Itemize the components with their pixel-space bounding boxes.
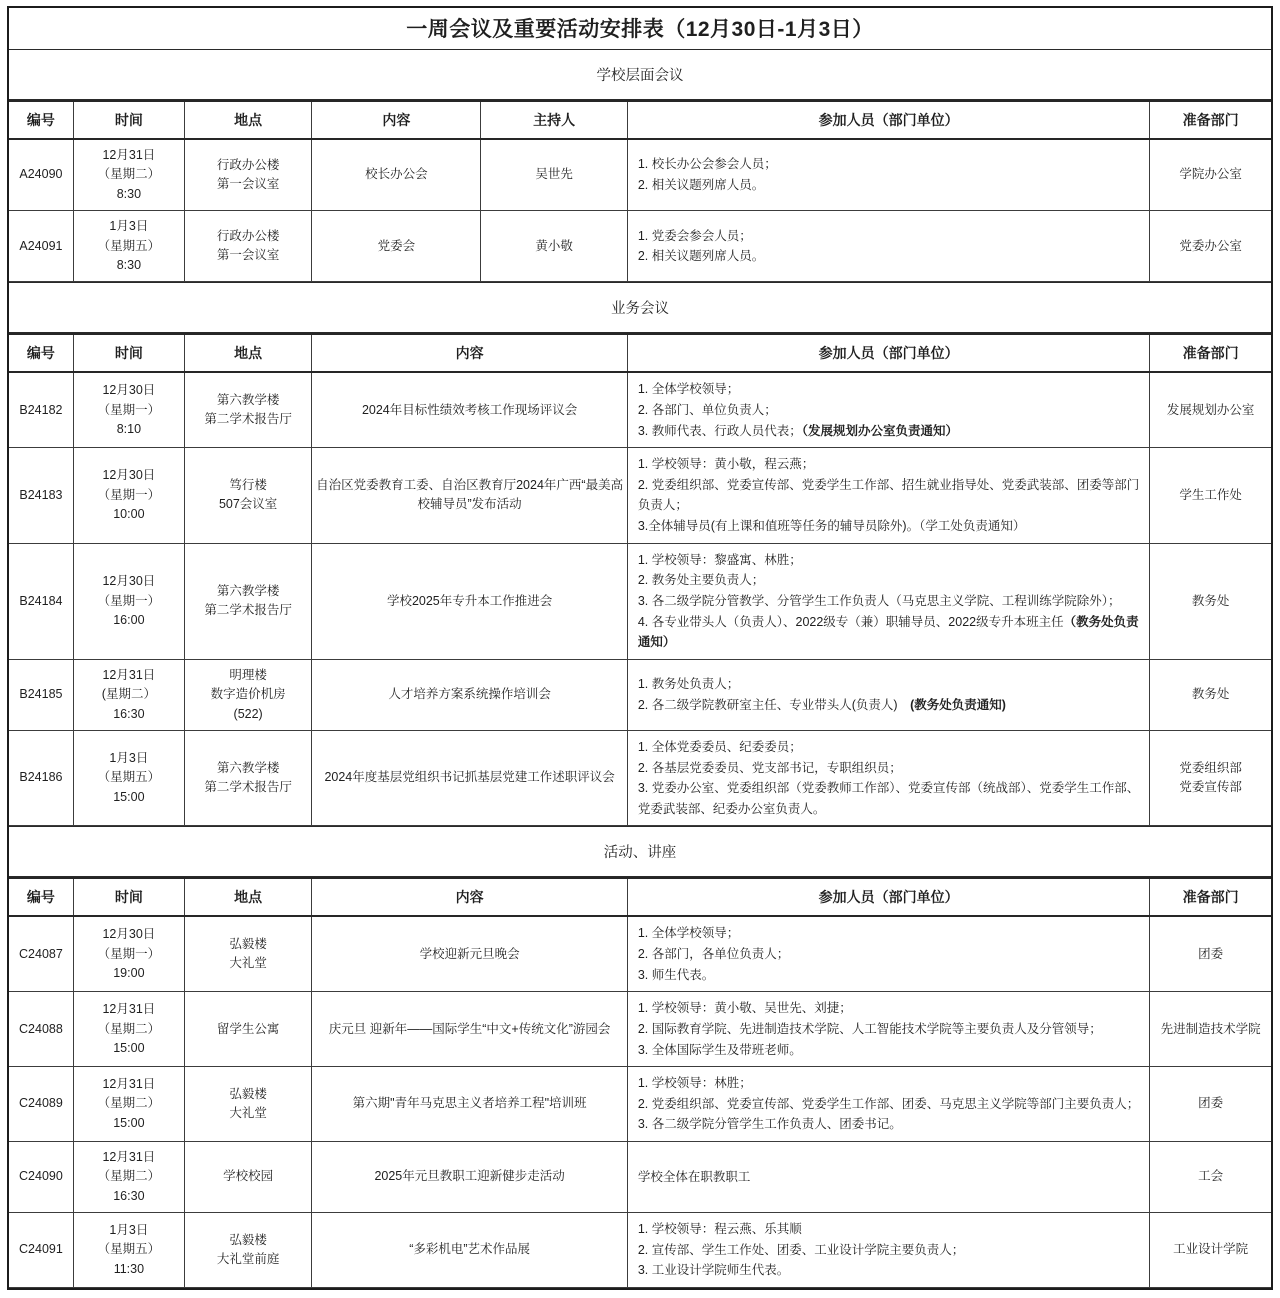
place-cell: 行政办公楼 第一会议室 — [184, 211, 311, 282]
participant-text: 3.全体辅导员(有上课和值班等任务的辅导员除外)。（学工处负责通知） — [638, 519, 1026, 533]
time-cell: 1月3日 （星期五） 11:30 — [73, 1213, 184, 1288]
schedule-table: 编号时间地点内容主持人参加人员（部门单位）准备部门A2409012月31日 （星… — [9, 100, 1271, 282]
prep-department-cell: 党委办公室 — [1150, 211, 1271, 282]
place-cell: 笃行楼 507会议室 — [184, 448, 311, 544]
content-cell: 庆元旦 迎新年——国际学生“中文+传统文化”游园会 — [312, 992, 627, 1067]
column-header-place: 地点 — [184, 101, 311, 139]
table-row: B241861月3日 （星期五） 15:00第六教学楼 第二学术报告厅2024年… — [9, 730, 1271, 826]
participants-cell: 1. 学校领导：林胜；2. 党委组织部、党委宣传部、党委学生工作部、团委、马克思… — [627, 1067, 1149, 1142]
content-cell: 第六期"青年马克思主义者培养工程"培训班 — [312, 1067, 627, 1142]
column-header-row: 编号时间地点内容主持人参加人员（部门单位）准备部门 — [9, 101, 1271, 139]
row-id-cell: B24182 — [9, 372, 73, 447]
sections-container: 学校层面会议编号时间地点内容主持人参加人员（部门单位）准备部门A2409012月… — [9, 50, 1271, 1288]
table-body: B2418212月30日 （星期一） 8:10第六教学楼 第二学术报告厅2024… — [9, 372, 1271, 826]
participant-line: 2. 各基层党委委员、党支部书记，专职组织员； — [638, 758, 1139, 779]
participant-line: 1. 学校领导：黄小敬，程云燕； — [638, 454, 1139, 475]
section-title: 业务会议 — [9, 283, 1271, 333]
content-cell: 人才培养方案系统操作培训会 — [312, 659, 627, 730]
participant-line: 2. 相关议题列席人员。 — [638, 246, 1139, 267]
participants-cell: 1. 学校领导：黄小敬、吴世先、刘捷；2. 国际教育学院、先进制造技术学院、人工… — [627, 992, 1149, 1067]
participant-line: 2. 国际教育学院、先进制造技术学院、人工智能技术学院等主要负责人及分管领导； — [638, 1019, 1139, 1040]
prep-department-cell: 工业设计学院 — [1150, 1213, 1271, 1288]
row-id-cell: B24186 — [9, 730, 73, 826]
participant-text: 1. 学校领导：黄小敬，程云燕； — [638, 457, 814, 471]
participant-text: 2. 相关议题列席人员。 — [638, 178, 764, 192]
time-cell: 12月30日 （星期一） 19:00 — [73, 916, 184, 991]
participant-text: 3. 工业设计学院师生代表。 — [638, 1263, 789, 1277]
prep-department-cell: 学院办公室 — [1150, 139, 1271, 211]
participant-line: 2. 宣传部、学生工作处、团委、工业设计学院主要负责人； — [638, 1240, 1139, 1261]
prep-department-cell: 教务处 — [1150, 659, 1271, 730]
table-row: C2408812月31日 （星期二） 15:00留学生公寓庆元旦 迎新年——国际… — [9, 992, 1271, 1067]
time-cell: 1月3日 （星期五） 15:00 — [73, 730, 184, 826]
content-cell: 学校迎新元旦晚会 — [312, 916, 627, 991]
column-header-row: 编号时间地点内容参加人员（部门单位）准备部门 — [9, 334, 1271, 372]
prep-department-cell: 团委 — [1150, 916, 1271, 991]
column-header-participants: 参加人员（部门单位） — [627, 878, 1149, 916]
section-title: 学校层面会议 — [9, 50, 1271, 100]
column-header-host: 主持人 — [481, 101, 627, 139]
time-cell: 12月30日 （星期一） 10:00 — [73, 448, 184, 544]
content-cell: 校长办公会 — [312, 139, 481, 211]
section-3: 活动、讲座编号时间地点内容参加人员（部门单位）准备部门C2408712月30日 … — [9, 827, 1271, 1288]
time-cell: 12月31日 （星期二） 16:30 — [73, 1142, 184, 1213]
row-id-cell: C24090 — [9, 1142, 73, 1213]
table-body: A2409012月31日 （星期二） 8:30行政办公楼 第一会议室校长办公会吴… — [9, 139, 1271, 282]
participant-text: 1. 校长办公会参会人员； — [638, 157, 777, 171]
content-cell: 学校2025年专升本工作推进会 — [312, 543, 627, 659]
time-cell: 12月31日 （星期二） 15:00 — [73, 1067, 184, 1142]
participant-text: 1. 学校领导：程云燕、乐其顺 — [638, 1222, 802, 1236]
table-body: C2408712月30日 （星期一） 19:00弘毅楼 大礼堂学校迎新元旦晚会1… — [9, 916, 1271, 1287]
participant-text: 3. 教师代表、行政人员代表； — [638, 424, 802, 438]
participant-line: 1. 学校领导：黄小敬、吴世先、刘捷； — [638, 998, 1139, 1019]
participants-cell: 学校全体在职教职工 — [627, 1142, 1149, 1213]
page-title: 一周会议及重要活动安排表（12月30日-1月3日） — [9, 8, 1271, 50]
participants-cell: 1. 校长办公会参会人员；2. 相关议题列席人员。 — [627, 139, 1149, 211]
content-cell: 2025年元旦教职工迎新健步走活动 — [312, 1142, 627, 1213]
participant-line: 1. 全体学校领导； — [638, 379, 1139, 400]
row-id-cell: C24087 — [9, 916, 73, 991]
table-row: B2418212月30日 （星期一） 8:10第六教学楼 第二学术报告厅2024… — [9, 372, 1271, 447]
column-header-time: 时间 — [73, 878, 184, 916]
participant-text: 1. 学校领导：林胜； — [638, 1076, 752, 1090]
column-header-id: 编号 — [9, 878, 73, 916]
column-header-participants: 参加人员（部门单位） — [627, 101, 1149, 139]
prep-department-cell: 团委 — [1150, 1067, 1271, 1142]
notice-bold-text: （发展规划办公室负责通知） — [802, 424, 958, 438]
content-cell: 自治区党委教育工委、自治区教育厅2024年广西“最美高校辅导员”发布活动 — [312, 448, 627, 544]
row-id-cell: B24183 — [9, 448, 73, 544]
column-header-time: 时间 — [73, 334, 184, 372]
participants-cell: 1. 全体党委委员、纪委委员；2. 各基层党委委员、党支部书记，专职组织员；3.… — [627, 730, 1149, 826]
place-cell: 学校校园 — [184, 1142, 311, 1213]
place-cell: 第六教学楼 第二学术报告厅 — [184, 372, 311, 447]
participant-text: 2. 教务处主要负责人； — [638, 573, 764, 587]
table-row: B2418312月30日 （星期一） 10:00笃行楼 507会议室自治区党委教… — [9, 448, 1271, 544]
participant-line: 学校全体在职教职工 — [638, 1167, 1139, 1188]
place-cell: 弘毅楼 大礼堂前庭 — [184, 1213, 311, 1288]
place-cell: 留学生公寓 — [184, 992, 311, 1067]
place-cell: 行政办公楼 第一会议室 — [184, 139, 311, 211]
column-header-prep: 准备部门 — [1150, 334, 1271, 372]
schedule-table: 编号时间地点内容参加人员（部门单位）准备部门B2418212月30日 （星期一）… — [9, 333, 1271, 826]
host-cell: 吴世先 — [481, 139, 627, 211]
column-header-participants: 参加人员（部门单位） — [627, 334, 1149, 372]
participant-line: 1. 学校领导：林胜； — [638, 1073, 1139, 1094]
column-header-place: 地点 — [184, 334, 311, 372]
column-header-prep: 准备部门 — [1150, 101, 1271, 139]
column-header-row: 编号时间地点内容参加人员（部门单位）准备部门 — [9, 878, 1271, 916]
column-header-id: 编号 — [9, 334, 73, 372]
column-header-content: 内容 — [312, 101, 481, 139]
participant-text: 3. 全体国际学生及带班老师。 — [638, 1043, 802, 1057]
participant-text: 2. 国际教育学院、先进制造技术学院、人工智能技术学院等主要负责人及分管领导； — [638, 1022, 1102, 1036]
participants-cell: 1. 学校领导：黎盛寓、林胜；2. 教务处主要负责人；3. 各二级学院分管教学、… — [627, 543, 1149, 659]
participant-text: 1. 学校领导：黎盛寓、林胜； — [638, 553, 802, 567]
participant-text: 2. 各部门、单位负责人； — [638, 403, 777, 417]
participant-text: 3. 师生代表。 — [638, 968, 714, 982]
participant-line: 4. 各专业带头人（负责人）、2022级专（兼）职辅导员、2022级专升本班主任… — [638, 612, 1139, 653]
participant-line: 3. 全体国际学生及带班老师。 — [638, 1040, 1139, 1061]
content-cell: “多彩机电”艺术作品展 — [312, 1213, 627, 1288]
participant-text: 3. 党委办公室、党委组织部（党委教师工作部）、党委宣传部（统战部）、党委学生工… — [638, 781, 1139, 816]
participants-cell: 1. 教务处负责人；2. 各二级学院教研室主任、专业带头人(负责人) (教务处负… — [627, 659, 1149, 730]
participant-line: 3. 教师代表、行政人员代表；（发展规划办公室负责通知） — [638, 421, 1139, 442]
participant-text: 2. 相关议题列席人员。 — [638, 249, 764, 263]
participant-text: 学校全体在职教职工 — [638, 1170, 751, 1184]
participant-line: 3. 各二级学院分管学生工作负责人、团委书记。 — [638, 1114, 1139, 1135]
place-cell: 第六教学楼 第二学术报告厅 — [184, 543, 311, 659]
table-row: C2408712月30日 （星期一） 19:00弘毅楼 大礼堂学校迎新元旦晚会1… — [9, 916, 1271, 991]
row-id-cell: B24185 — [9, 659, 73, 730]
schedule-sheet: 一周会议及重要活动安排表（12月30日-1月3日） 学校层面会议编号时间地点内容… — [7, 6, 1273, 1290]
time-cell: 12月31日 （星期二） 15:00 — [73, 992, 184, 1067]
participant-text: 1. 全体学校领导； — [638, 926, 739, 940]
table-row: C2409012月31日 （星期二） 16:30学校校园2025年元旦教职工迎新… — [9, 1142, 1271, 1213]
participant-text: 2. 各二级学院教研室主任、专业带头人(负责人) — [638, 698, 910, 712]
content-cell: 党委会 — [312, 211, 481, 282]
participant-line: 2. 各二级学院教研室主任、专业带头人(负责人) (教务处负责通知) — [638, 695, 1139, 716]
participant-line: 1. 学校领导：程云燕、乐其顺 — [638, 1219, 1139, 1240]
participant-text: 2. 党委组织部、党委宣传部、党委学生工作部、招生就业指导处、党委武装部、团委等… — [638, 478, 1139, 513]
participant-line: 1. 全体学校领导； — [638, 923, 1139, 944]
table-row: A240911月3日 （星期五） 8:30行政办公楼 第一会议室党委会黄小敬1.… — [9, 211, 1271, 282]
host-cell: 黄小敬 — [481, 211, 627, 282]
place-cell: 第六教学楼 第二学术报告厅 — [184, 730, 311, 826]
notice-bold-text: (教务处负责通知) — [910, 698, 1006, 712]
section-2: 业务会议编号时间地点内容参加人员（部门单位）准备部门B2418212月30日 （… — [9, 283, 1271, 827]
participant-line: 1. 学校领导：黎盛寓、林胜； — [638, 550, 1139, 571]
prep-department-cell: 学生工作处 — [1150, 448, 1271, 544]
row-id-cell: A24090 — [9, 139, 73, 211]
participant-line: 1. 全体党委委员、纪委委员； — [638, 737, 1139, 758]
prep-department-cell: 工会 — [1150, 1142, 1271, 1213]
time-cell: 12月30日 （星期一） 8:10 — [73, 372, 184, 447]
time-cell: 1月3日 （星期五） 8:30 — [73, 211, 184, 282]
participant-text: 2. 党委组织部、党委宣传部、党委学生工作部、团委、马克思主义学院等部门主要负责… — [638, 1097, 1139, 1111]
column-header-time: 时间 — [73, 101, 184, 139]
row-id-cell: A24091 — [9, 211, 73, 282]
table-row: A2409012月31日 （星期二） 8:30行政办公楼 第一会议室校长办公会吴… — [9, 139, 1271, 211]
participant-line: 3.全体辅导员(有上课和值班等任务的辅导员除外)。（学工处负责通知） — [638, 516, 1139, 537]
participant-text: 4. 各专业带头人（负责人）、2022级专（兼）职辅导员、2022级专升本班主任 — [638, 615, 1064, 629]
table-row: C2408912月31日 （星期二） 15:00弘毅楼 大礼堂第六期"青年马克思… — [9, 1067, 1271, 1142]
column-header-content: 内容 — [312, 878, 627, 916]
participant-text: 3. 各二级学院分管学生工作负责人、团委书记。 — [638, 1117, 902, 1131]
participant-text: 1. 全体学校领导； — [638, 382, 739, 396]
row-id-cell: B24184 — [9, 543, 73, 659]
column-header-prep: 准备部门 — [1150, 878, 1271, 916]
place-cell: 弘毅楼 大礼堂 — [184, 1067, 311, 1142]
table-header: 编号时间地点内容参加人员（部门单位）准备部门 — [9, 878, 1271, 916]
column-header-content: 内容 — [312, 334, 627, 372]
content-cell: 2024年度基层党组织书记抓基层党建工作述职评议会 — [312, 730, 627, 826]
place-cell: 明理楼 数字造价机房 (522) — [184, 659, 311, 730]
schedule-table: 编号时间地点内容参加人员（部门单位）准备部门C2408712月30日 （星期一）… — [9, 877, 1271, 1288]
participants-cell: 1. 党委会参会人员；2. 相关议题列席人员。 — [627, 211, 1149, 282]
participants-cell: 1. 全体学校领导；2. 各部门，各单位负责人；3. 师生代表。 — [627, 916, 1149, 991]
row-id-cell: C24089 — [9, 1067, 73, 1142]
participant-line: 3. 党委办公室、党委组织部（党委教师工作部）、党委宣传部（统战部）、党委学生工… — [638, 778, 1139, 819]
time-cell: 12月31日 （星期二） 8:30 — [73, 139, 184, 211]
participant-text: 2. 宣传部、学生工作处、团委、工业设计学院主要负责人； — [638, 1243, 964, 1257]
place-cell: 弘毅楼 大礼堂 — [184, 916, 311, 991]
participant-line: 2. 党委组织部、党委宣传部、党委学生工作部、招生就业指导处、党委武装部、团委等… — [638, 475, 1139, 516]
section-1: 学校层面会议编号时间地点内容主持人参加人员（部门单位）准备部门A2409012月… — [9, 50, 1271, 283]
participant-line: 2. 党委组织部、党委宣传部、党委学生工作部、团委、马克思主义学院等部门主要负责… — [638, 1094, 1139, 1115]
participant-text: 2. 各部门，各单位负责人； — [638, 947, 789, 961]
participant-text: 1. 全体党委委员、纪委委员； — [638, 740, 802, 754]
column-header-id: 编号 — [9, 101, 73, 139]
participant-text: 3. 各二级学院分管教学、分管学生工作负责人（马克思主义学院、工程训练学院除外）… — [638, 594, 1121, 608]
participants-cell: 1. 学校领导：程云燕、乐其顺2. 宣传部、学生工作处、团委、工业设计学院主要负… — [627, 1213, 1149, 1288]
participant-line: 1. 教务处负责人； — [638, 674, 1139, 695]
participant-text: 1. 学校领导：黄小敬、吴世先、刘捷； — [638, 1001, 852, 1015]
participants-cell: 1. 学校领导：黄小敬，程云燕；2. 党委组织部、党委宣传部、党委学生工作部、招… — [627, 448, 1149, 544]
participant-line: 3. 各二级学院分管教学、分管学生工作负责人（马克思主义学院、工程训练学院除外）… — [638, 591, 1139, 612]
time-cell: 12月31日 (星期二） 16:30 — [73, 659, 184, 730]
table-header: 编号时间地点内容主持人参加人员（部门单位）准备部门 — [9, 101, 1271, 139]
table-row: C240911月3日 （星期五） 11:30弘毅楼 大礼堂前庭“多彩机电”艺术作… — [9, 1213, 1271, 1288]
participant-line: 3. 工业设计学院师生代表。 — [638, 1260, 1139, 1281]
table-row: B2418412月30日 （星期一） 16:00第六教学楼 第二学术报告厅学校2… — [9, 543, 1271, 659]
table-row: B2418512月31日 (星期二） 16:30明理楼 数字造价机房 (522)… — [9, 659, 1271, 730]
content-cell: 2024年目标性绩效考核工作现场评议会 — [312, 372, 627, 447]
participant-text: 2. 各基层党委委员、党支部书记，专职组织员； — [638, 761, 902, 775]
section-title: 活动、讲座 — [9, 827, 1271, 877]
participant-line: 2. 各部门，各单位负责人； — [638, 944, 1139, 965]
time-cell: 12月30日 （星期一） 16:00 — [73, 543, 184, 659]
row-id-cell: C24091 — [9, 1213, 73, 1288]
participant-text: 1. 教务处负责人； — [638, 677, 739, 691]
participants-cell: 1. 全体学校领导；2. 各部门、单位负责人；3. 教师代表、行政人员代表；（发… — [627, 372, 1149, 447]
participant-line: 2. 各部门、单位负责人； — [638, 400, 1139, 421]
prep-department-cell: 发展规划办公室 — [1150, 372, 1271, 447]
row-id-cell: C24088 — [9, 992, 73, 1067]
participant-line: 2. 相关议题列席人员。 — [638, 175, 1139, 196]
participant-text: 1. 党委会参会人员； — [638, 229, 752, 243]
prep-department-cell: 先进制造技术学院 — [1150, 992, 1271, 1067]
participant-line: 1. 党委会参会人员； — [638, 226, 1139, 247]
prep-department-cell: 党委组织部 党委宣传部 — [1150, 730, 1271, 826]
table-header: 编号时间地点内容参加人员（部门单位）准备部门 — [9, 334, 1271, 372]
column-header-place: 地点 — [184, 878, 311, 916]
participant-line: 3. 师生代表。 — [638, 965, 1139, 986]
prep-department-cell: 教务处 — [1150, 543, 1271, 659]
participant-line: 2. 教务处主要负责人； — [638, 570, 1139, 591]
participant-line: 1. 校长办公会参会人员； — [638, 154, 1139, 175]
